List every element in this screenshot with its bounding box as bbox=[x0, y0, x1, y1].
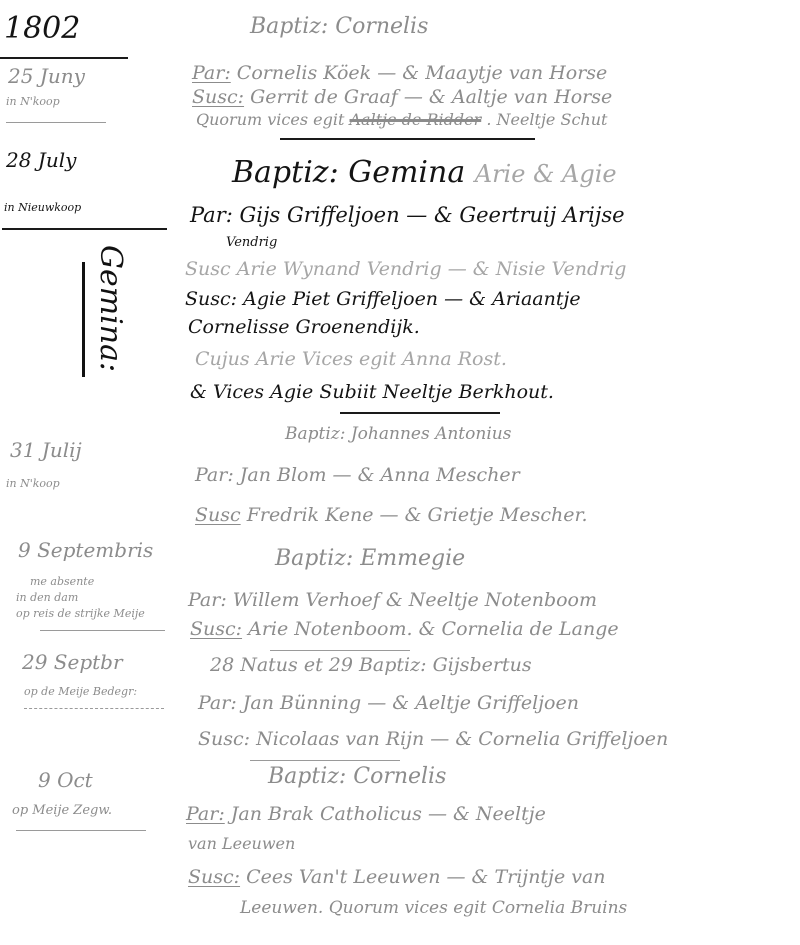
entry-1-place: in N'koop bbox=[6, 96, 60, 107]
entry-6-heading: Baptiz: Cornelis bbox=[268, 766, 446, 788]
entry-2-heading: Baptiz: Gemina bbox=[232, 155, 465, 190]
entry-2-line-2-text: Vendrig bbox=[226, 236, 277, 249]
entry-5-line-2-text: Nicolaas van Rijn — & Cornelia Griffeljo… bbox=[256, 728, 668, 750]
entry-6-line-1-text: Jan Brak Catholicus — & Neeltje bbox=[231, 803, 546, 825]
entry-5-date-rule bbox=[24, 708, 164, 709]
entry-2-date: 28 July bbox=[6, 150, 76, 170]
entry-4-place-line-1: me absente bbox=[30, 576, 94, 587]
entry-6-date: 9 Oct bbox=[38, 770, 93, 790]
entry-1-line-3-after: . Neeltje Schut bbox=[486, 110, 607, 129]
entry-4-place-line-3: op reis de strijke Meije bbox=[16, 608, 145, 619]
entry-1-line-2-label: Susc: bbox=[192, 86, 244, 108]
entry-3-line-2-text: Fredrik Kene — & Grietje Mescher. bbox=[247, 504, 588, 526]
entry-1-end-rule bbox=[280, 138, 535, 140]
entry-2-line-4-text: Agie Piet Griffeljoen — & Ariaantje bbox=[243, 288, 581, 310]
entry-1-line-2-text: Gerrit de Graaf — & Aaltje van Horse bbox=[250, 86, 612, 108]
year-divider bbox=[0, 57, 128, 59]
entry-6-place: op Meije Zegw. bbox=[12, 804, 112, 817]
entry-2-line-3-text: Arie Wynand Vendrig — & Nisie Vendrig bbox=[237, 258, 627, 280]
entry-1-date-rule bbox=[6, 122, 106, 123]
entry-3-date: 31 Julij bbox=[10, 440, 82, 460]
entry-6-date-rule bbox=[16, 830, 146, 831]
entry-2-line-4-label: Susc: bbox=[185, 288, 237, 310]
entry-6-line-1-label: Par: bbox=[186, 803, 225, 825]
entry-2-date-rule bbox=[2, 228, 167, 230]
entry-2-line-3-label: Susc bbox=[185, 258, 231, 280]
entry-4-date: 9 Septembris bbox=[18, 540, 153, 560]
entry-5-heading: 28 Natus et 29 Baptiz: Gijsbertus bbox=[210, 656, 532, 675]
entry-4-line-1-label: Par: bbox=[188, 589, 227, 611]
entry-3-line-2-label: Susc bbox=[195, 504, 241, 526]
entry-2-end-rule bbox=[340, 412, 500, 414]
entry-4-date-rule bbox=[40, 630, 165, 631]
entry-1-line-1-label: Par: bbox=[192, 62, 231, 84]
entry-2-place: in Nieuwkoop bbox=[4, 202, 81, 213]
entry-3-heading: Baptiz: Johannes Antonius bbox=[285, 426, 511, 443]
entry-6-line-3-label: Susc: bbox=[188, 866, 240, 888]
entry-1-date: 25 Juny bbox=[8, 66, 85, 86]
entry-1-line-1-text: Cornelis Köek — & Maaytje van Horse bbox=[237, 62, 607, 84]
entry-4-line-2-text: Arie Notenboom. & Cornelia de Lange bbox=[248, 618, 619, 640]
entry-2-line-7-text: & Vices Agie Subiit Neeltje Berkhout. bbox=[190, 383, 554, 402]
register-year: 1802 bbox=[4, 14, 80, 44]
entry-4-place-line-2: in den dam bbox=[16, 592, 78, 603]
entry-6-line-4-text: Leeuwen. Quorum vices egit Cornelia Brui… bbox=[240, 900, 627, 917]
entry-2-line-1-label: Par: bbox=[190, 203, 233, 227]
entry-4-line-1-text: Willem Verhoef & Neeltje Notenboom bbox=[233, 589, 597, 611]
entry-2-line-5-text: Cornelisse Groenendijk. bbox=[188, 318, 420, 337]
entry-6-line-3-text: Cees Van't Leeuwen — & Trijntje van bbox=[246, 866, 605, 888]
entry-5-line-1-text: Jan Bünning — & Aeltje Griffeljoen bbox=[243, 692, 579, 714]
entry-3-line-1-label: Par: bbox=[195, 464, 234, 486]
entry-5-line-1-label: Par: bbox=[198, 692, 237, 714]
entry-5-date: 29 Septbr bbox=[22, 652, 123, 672]
entry-4-line-2-label: Susc: bbox=[190, 618, 242, 640]
entry-3-line-1-text: Jan Blom — & Anna Mescher bbox=[240, 464, 520, 486]
entry-2-margin-note: Gemina: bbox=[93, 245, 128, 372]
entry-1-struck-name: Aaltje de Ridder bbox=[350, 110, 482, 129]
entry-5-end-rule bbox=[250, 760, 400, 761]
entry-6-line-2-text: van Leeuwen bbox=[188, 836, 295, 852]
entry-4-end-rule bbox=[270, 650, 410, 651]
entry-2-heading-names: Arie & Agie bbox=[475, 160, 617, 188]
entry-1-line-3-text: Quorum vices egit bbox=[196, 110, 344, 129]
entry-2-line-6-text: Cujus Arie Vices egit Anna Rost. bbox=[195, 350, 507, 369]
entry-5-place: op de Meije Bedegr: bbox=[24, 686, 137, 697]
entry-2-line-1-text: Gijs Griffeljoen — & Geertruij Arijse bbox=[240, 203, 625, 227]
entry-3-place: in N'koop bbox=[6, 478, 60, 489]
margin-bar bbox=[82, 262, 85, 377]
entry-4-heading: Baptiz: Emmegie bbox=[275, 548, 465, 570]
entry-1-heading: Baptiz: Cornelis bbox=[250, 16, 428, 38]
entry-5-line-2-label: Susc: bbox=[198, 728, 250, 750]
